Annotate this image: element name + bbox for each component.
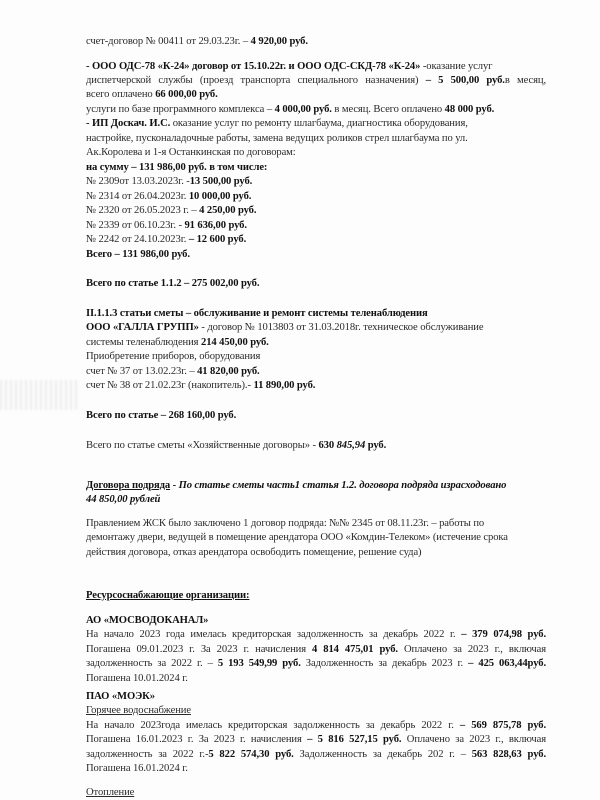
contracts-total: Всего – 131 986,00 руб. (86, 248, 190, 261)
invoice-38-line: счет № 38 от 21.02.23г (накопитель).- 11… (86, 379, 315, 392)
utilities-heading: Ресурсоснабжающие организации: (86, 589, 249, 602)
hot-water-subheading: Горячее водоснабжение (86, 704, 191, 717)
moek-text: задолженность за 2022 г.-5 822 574,30 ру… (86, 748, 546, 761)
invoice-line: счет-договор № 00411 от 29.03.23г. – 4 9… (86, 35, 308, 48)
galla-group-line: ООО «ГАЛЛА ГРУПП» - договор № 1013803 от… (86, 321, 483, 334)
work-contracts-amount: 44 850,00 рублей (86, 493, 160, 506)
contractor-doskach-sum: на сумму – 131 986,00 руб. в том числе: (86, 161, 267, 174)
household-contracts-total: Всего по статье сметы «Хозяйственные дог… (86, 439, 386, 452)
mosvodokanal-text: Погашена 10.01.2024 г. (86, 672, 188, 685)
article-112-total: Всего по статье 1.1.2 – 275 002,00 руб. (86, 277, 259, 290)
work-contract-text: действия договора, отказ арендатора осво… (86, 546, 421, 559)
software-services-line: услуги по базе программного комплекса – … (86, 103, 494, 116)
moek-text: Погашена 16.01.2023 г. За 2023 г. начисл… (86, 733, 546, 746)
work-contracts-heading: Договора подряда - По статье сметы часть… (86, 479, 506, 492)
mosvodokanal-text: На начало 2023 года имелась кредиторская… (86, 628, 546, 641)
article-1113-heading: II.1.1.3 статьи сметы – обслуживание и р… (86, 307, 428, 320)
work-contract-text: демонтажу двери, ведущей в помещение аре… (86, 531, 508, 544)
contractor-k24-text: диспетчерской службы (проезд транспорта … (86, 74, 546, 87)
contractor-k24-heading: - ООО ОДС-78 «К-24» договор от 15.10.22г… (86, 60, 492, 73)
moek-text: Погашена 16.01.2024 г. (86, 762, 188, 775)
article-1113-total: Всего по статье – 268 160,00 руб. (86, 409, 236, 422)
scan-artifact (0, 380, 80, 410)
contract-line: № 2314 от 26.04.2023г. 10 000,00 руб. (86, 190, 251, 203)
contractor-k24-total: всего оплачено 66 000,00 руб. (86, 88, 218, 101)
contract-line: № 2320 от 26.05.2023 г. – 4 250,00 руб. (86, 204, 256, 217)
equipment-purchase-line: Приобретение приборов, оборудования (86, 350, 260, 363)
work-contract-text: Правлением ЖСК было заключено 1 договор … (86, 517, 484, 530)
scanned-document-page: счет-договор № 00411 от 29.03.23г. – 4 9… (0, 0, 600, 800)
heating-subheading: Отопление (86, 786, 134, 799)
contract-line: № 2339 от 06.10.23г. - 91 636,00 руб. (86, 219, 247, 232)
mosvodokanal-heading: АО «МОСВОДОКАНАЛ» (86, 614, 208, 627)
contractor-doskach-heading: - ИП Доскач. И.С. оказание услуг по ремо… (86, 117, 468, 130)
moek-heading: ПАО «МОЭК» (86, 690, 155, 703)
mosvodokanal-text: задолженность за 2022 г. – 5 193 549,99 … (86, 657, 546, 670)
mosvodokanal-text: Погашена 09.01.2023 г. За 2023 г. начисл… (86, 643, 546, 656)
invoice-37-line: счет № 37 от 13.02.23г. – 41 820,00 руб. (86, 365, 260, 378)
contractor-doskach-text: настройке, пусконаладочные работы, замен… (86, 132, 468, 145)
moek-text: На начало 2023года имелась кредиторская … (86, 719, 546, 732)
cctv-maintenance-line: системы теленаблюдения 214 450,00 руб. (86, 336, 269, 349)
contractor-doskach-address: Ак.Королева и 1-я Останкинская по догово… (86, 146, 296, 159)
contract-line: № 2309от 13.03.2023г. -13 500,00 руб. (86, 175, 252, 188)
contract-line: № 2242 от 24.10.2023г. – 12 600 руб. (86, 233, 246, 246)
